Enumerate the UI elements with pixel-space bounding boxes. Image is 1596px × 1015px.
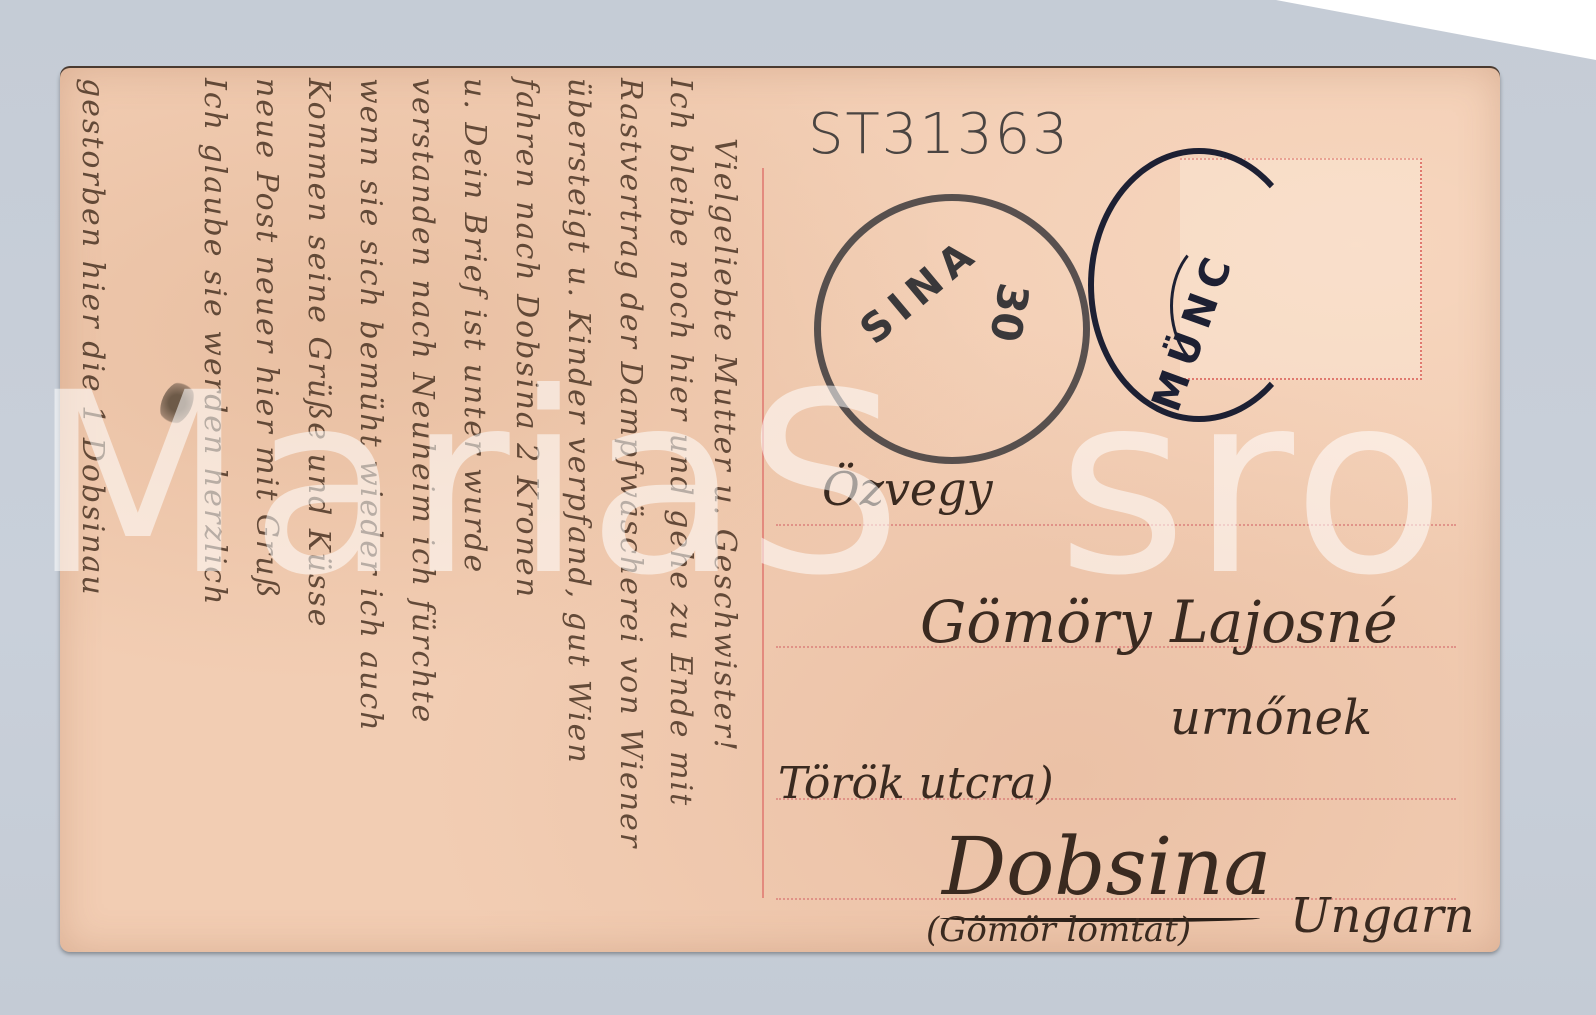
address-country: Ungarn (1290, 888, 1475, 944)
stain (154, 376, 201, 430)
address-city: Dobsina (942, 820, 1271, 913)
message-line: fahren nach Dobsina 2 Kronen (509, 78, 544, 599)
background-corner (1276, 0, 1596, 60)
message-line: neue Post neuer hier mit Gruß (249, 78, 284, 600)
inventory-number: ST31363 (808, 102, 1070, 167)
postmark-date: 30 (980, 279, 1038, 345)
address-honorific: urnőnek (1170, 690, 1372, 746)
address-name: Gömöry Lajosné (920, 588, 1398, 656)
message-area: Vielgeliebte Mutter u. Geschwister! Ich … (60, 68, 760, 952)
message-line: gestorben hier die 1 Dobsinau (75, 78, 110, 597)
message-line: Kommen seine Grüße und Küsse (301, 78, 336, 629)
address-county: (Gömör lomtat) (926, 910, 1191, 950)
address-title: Özvegy (822, 462, 993, 516)
message-line: übersteigt u. Kinder verpfand, gut Wien (561, 78, 596, 765)
message-line: u. Dein Brief ist unter wurde (457, 78, 492, 574)
postcard-back: Vielgeliebte Mutter u. Geschwister! Ich … (60, 68, 1500, 952)
divider-line (762, 168, 764, 898)
message-line: Vielgeliebte Mutter u. Geschwister! (707, 138, 742, 753)
address-street: Török utcra) (778, 758, 1054, 809)
address-line (776, 524, 1456, 526)
message-line: Ich bleibe noch hier und gehe zu Ende mi… (663, 78, 698, 807)
message-line: wenn sie sich bemüht wieder ich auch (353, 78, 388, 733)
message-line: verstanden nach Neuheim ich fürchte (405, 78, 440, 724)
message-line: Ich glaube sie werden herzlich (197, 78, 232, 606)
message-line: Rastvertrag der Dampfwäscherei von Wiene… (613, 78, 648, 849)
